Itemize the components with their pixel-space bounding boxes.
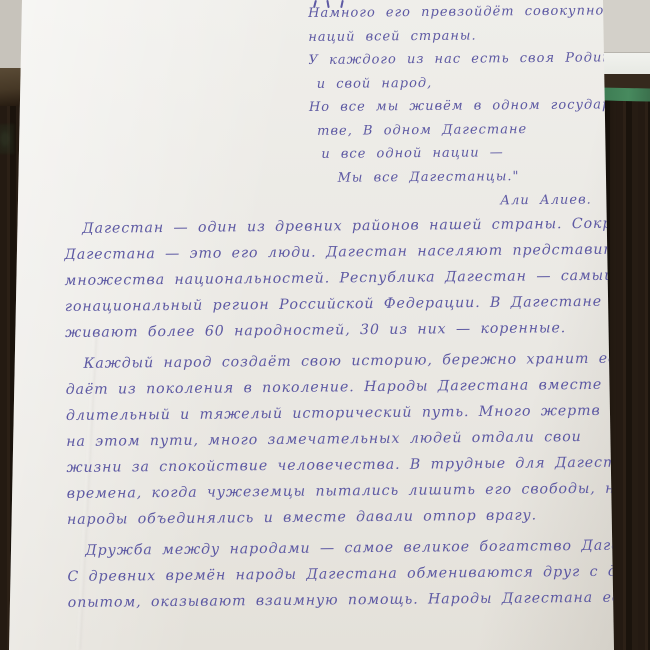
epigraph-line: тве, В одном Дагестане bbox=[317, 117, 609, 143]
epigraph-line: Мы все Дагестанцы." bbox=[337, 164, 609, 190]
essay-line: народы объединялись и вместе давали отпо… bbox=[67, 502, 623, 533]
epigraph-line: и свой народ, bbox=[317, 70, 609, 96]
essay-line: времена, когда чужеземцы пытались лишить… bbox=[67, 476, 623, 507]
epigraph-line: Но все мы живём в одном государс- bbox=[309, 93, 609, 119]
background-topright-surface bbox=[598, 0, 650, 56]
epigraph-lines: Намного его превзойдёт совокупностьнаций… bbox=[308, 0, 610, 190]
essay-line: опытом, оказывают взаимную помощь. Народ… bbox=[68, 585, 624, 616]
epigraph-line: наций всей страны. bbox=[308, 23, 608, 49]
essay-paragraph-1: Дагестан — один из древних районов нашей… bbox=[64, 211, 621, 346]
epigraph-block: Намного его превзойдёт совокупностьнаций… bbox=[308, 0, 610, 214]
paper-sheet: Намного его превзойдёт совокупностьнаций… bbox=[0, 0, 650, 650]
essay-paragraph-3: Дружба между народами — самое великое бо… bbox=[67, 533, 624, 616]
essay-body: Дагестан — один из древних районов нашей… bbox=[64, 211, 624, 621]
essay-line: живают более 60 народностей, 30 из них —… bbox=[65, 315, 621, 346]
epigraph-line: У каждого из нас есть своя Родина bbox=[308, 46, 608, 72]
epigraph-line: Намного его превзойдёт совокупность bbox=[308, 0, 608, 25]
background-left-green-smudge bbox=[0, 124, 14, 154]
photo-of-handwritten-page: Намного его превзойдёт совокупностьнаций… bbox=[0, 0, 650, 650]
essay-paragraph-2: Каждый народ создаёт свою историю, береж… bbox=[65, 346, 623, 533]
epigraph-line: и все одной нации — bbox=[321, 140, 609, 166]
